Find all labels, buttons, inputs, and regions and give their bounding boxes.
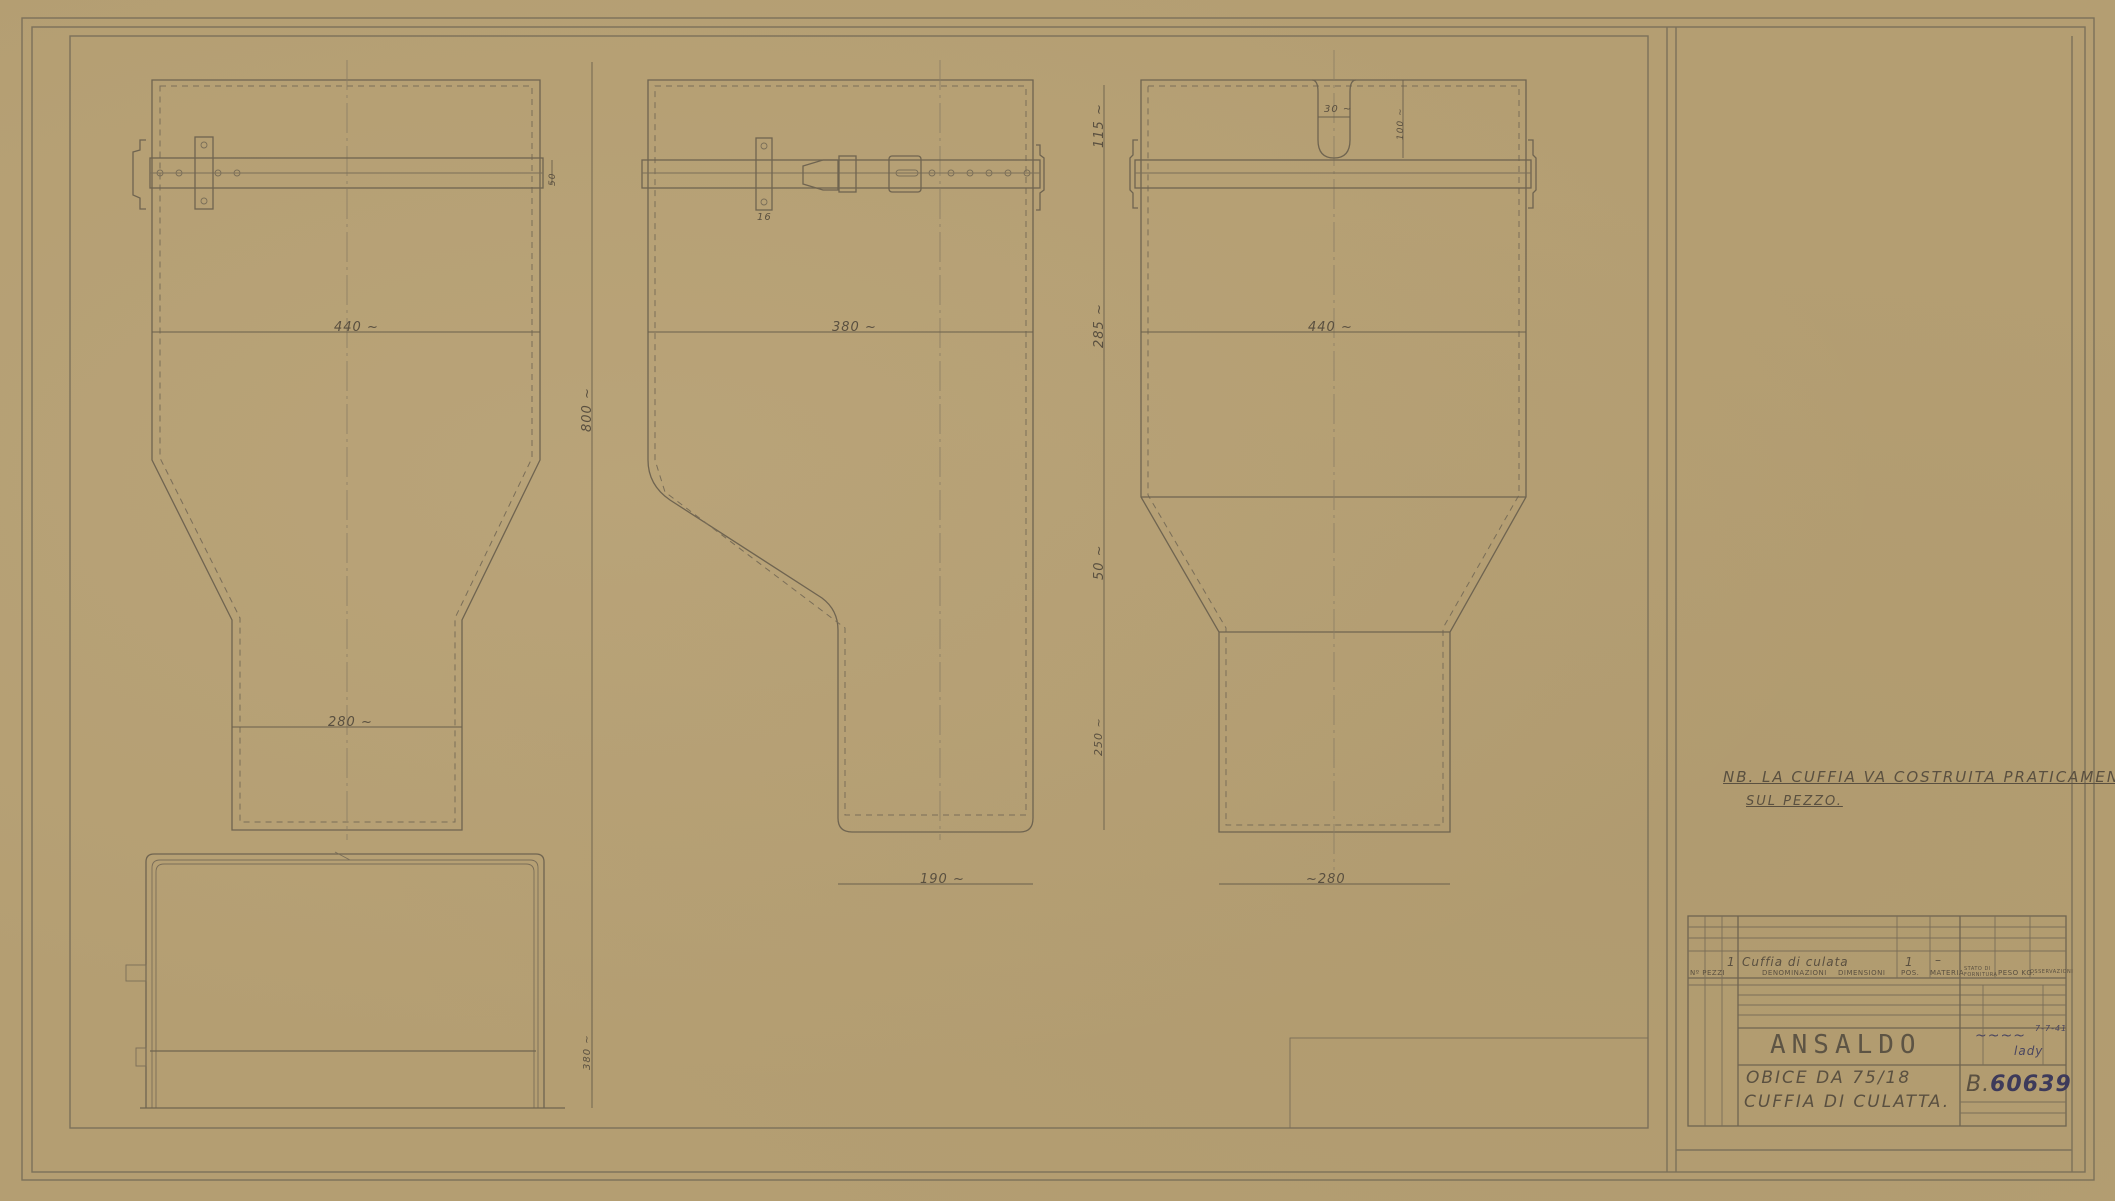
dim-view3-slot-depth: 100 ~	[1396, 107, 1406, 140]
parts-qty: 1	[1727, 955, 1736, 969]
dim-plan-depth: 380 ~	[582, 1034, 593, 1070]
dim-vert-upper: 285 ~	[1092, 303, 1107, 348]
dim-view1-width-bottom: 280 ~	[328, 715, 373, 730]
empty-stamp-box	[1290, 1038, 1648, 1128]
signature-date: 7-7-41	[2035, 1024, 2067, 1033]
parts-pos: 1	[1905, 955, 1914, 969]
view-3-front	[1130, 50, 1536, 884]
header-dimensions: DIMENSIONI	[1838, 969, 1885, 977]
dim-vert-lower: 250 ~	[1092, 717, 1105, 756]
dim-view3-bottom-width: ~280	[1306, 872, 1346, 887]
dim-view1-strap: 50	[548, 173, 558, 186]
drawing-number: B.60639	[1966, 1072, 2072, 1097]
header-material: MATERIA	[1930, 969, 1964, 977]
dim-vert-top: 115 ~	[1092, 103, 1107, 148]
parts-name: Cuffia di culata	[1742, 955, 1849, 969]
drawing-number-prefix: B.	[1966, 1072, 1990, 1097]
drawing-area-frame	[70, 36, 1648, 1128]
dim-view3-slot-width: 30 ~	[1324, 104, 1352, 115]
title-line-2: CUFFIA DI CULATTA.	[1744, 1092, 1950, 1112]
dim-view1-width-top: 440 ~	[334, 320, 379, 335]
signature-stroke: ~~~~	[1975, 1028, 2026, 1044]
dim-view2-height: 800 ~	[580, 387, 595, 432]
header-name: DENOMINAZIONI	[1762, 969, 1827, 977]
plan-view	[126, 852, 592, 1108]
outer-border	[22, 18, 2094, 1180]
inner-border	[32, 27, 2085, 1172]
parts-material: –	[1935, 953, 1942, 967]
company-name: ANSALDO	[1770, 1030, 1922, 1060]
header-pos: POS.	[1901, 969, 1919, 977]
header-supply-state: STATO DI FORNITURA	[1964, 966, 1994, 978]
title-line-1: OBICE DA 75/18	[1746, 1068, 1911, 1088]
header-notes: OSSERVAZIONI	[2030, 969, 2073, 975]
header-qty: Nº PEZZI	[1690, 969, 1725, 977]
note-line-1: NB. LA CUFFIA VA COSTRUITA PRATICAMENTE	[1723, 768, 2115, 786]
view-2-side	[592, 60, 1104, 1090]
technical-drawing	[0, 0, 2115, 1201]
drawing-number-value: 60639	[1990, 1072, 2072, 1097]
note-line-2: SUL PEZZO.	[1746, 794, 1843, 809]
dim-view3-width: 440 ~	[1308, 320, 1353, 335]
dim-view2-bottom-width: 190 ~	[920, 872, 965, 887]
signature-initials: lady	[2014, 1044, 2043, 1058]
dim-vert-taper: 50 ~	[1092, 544, 1107, 580]
dim-view2-strap-detail: 16	[757, 212, 772, 223]
dim-view2-width: 380 ~	[832, 320, 877, 335]
